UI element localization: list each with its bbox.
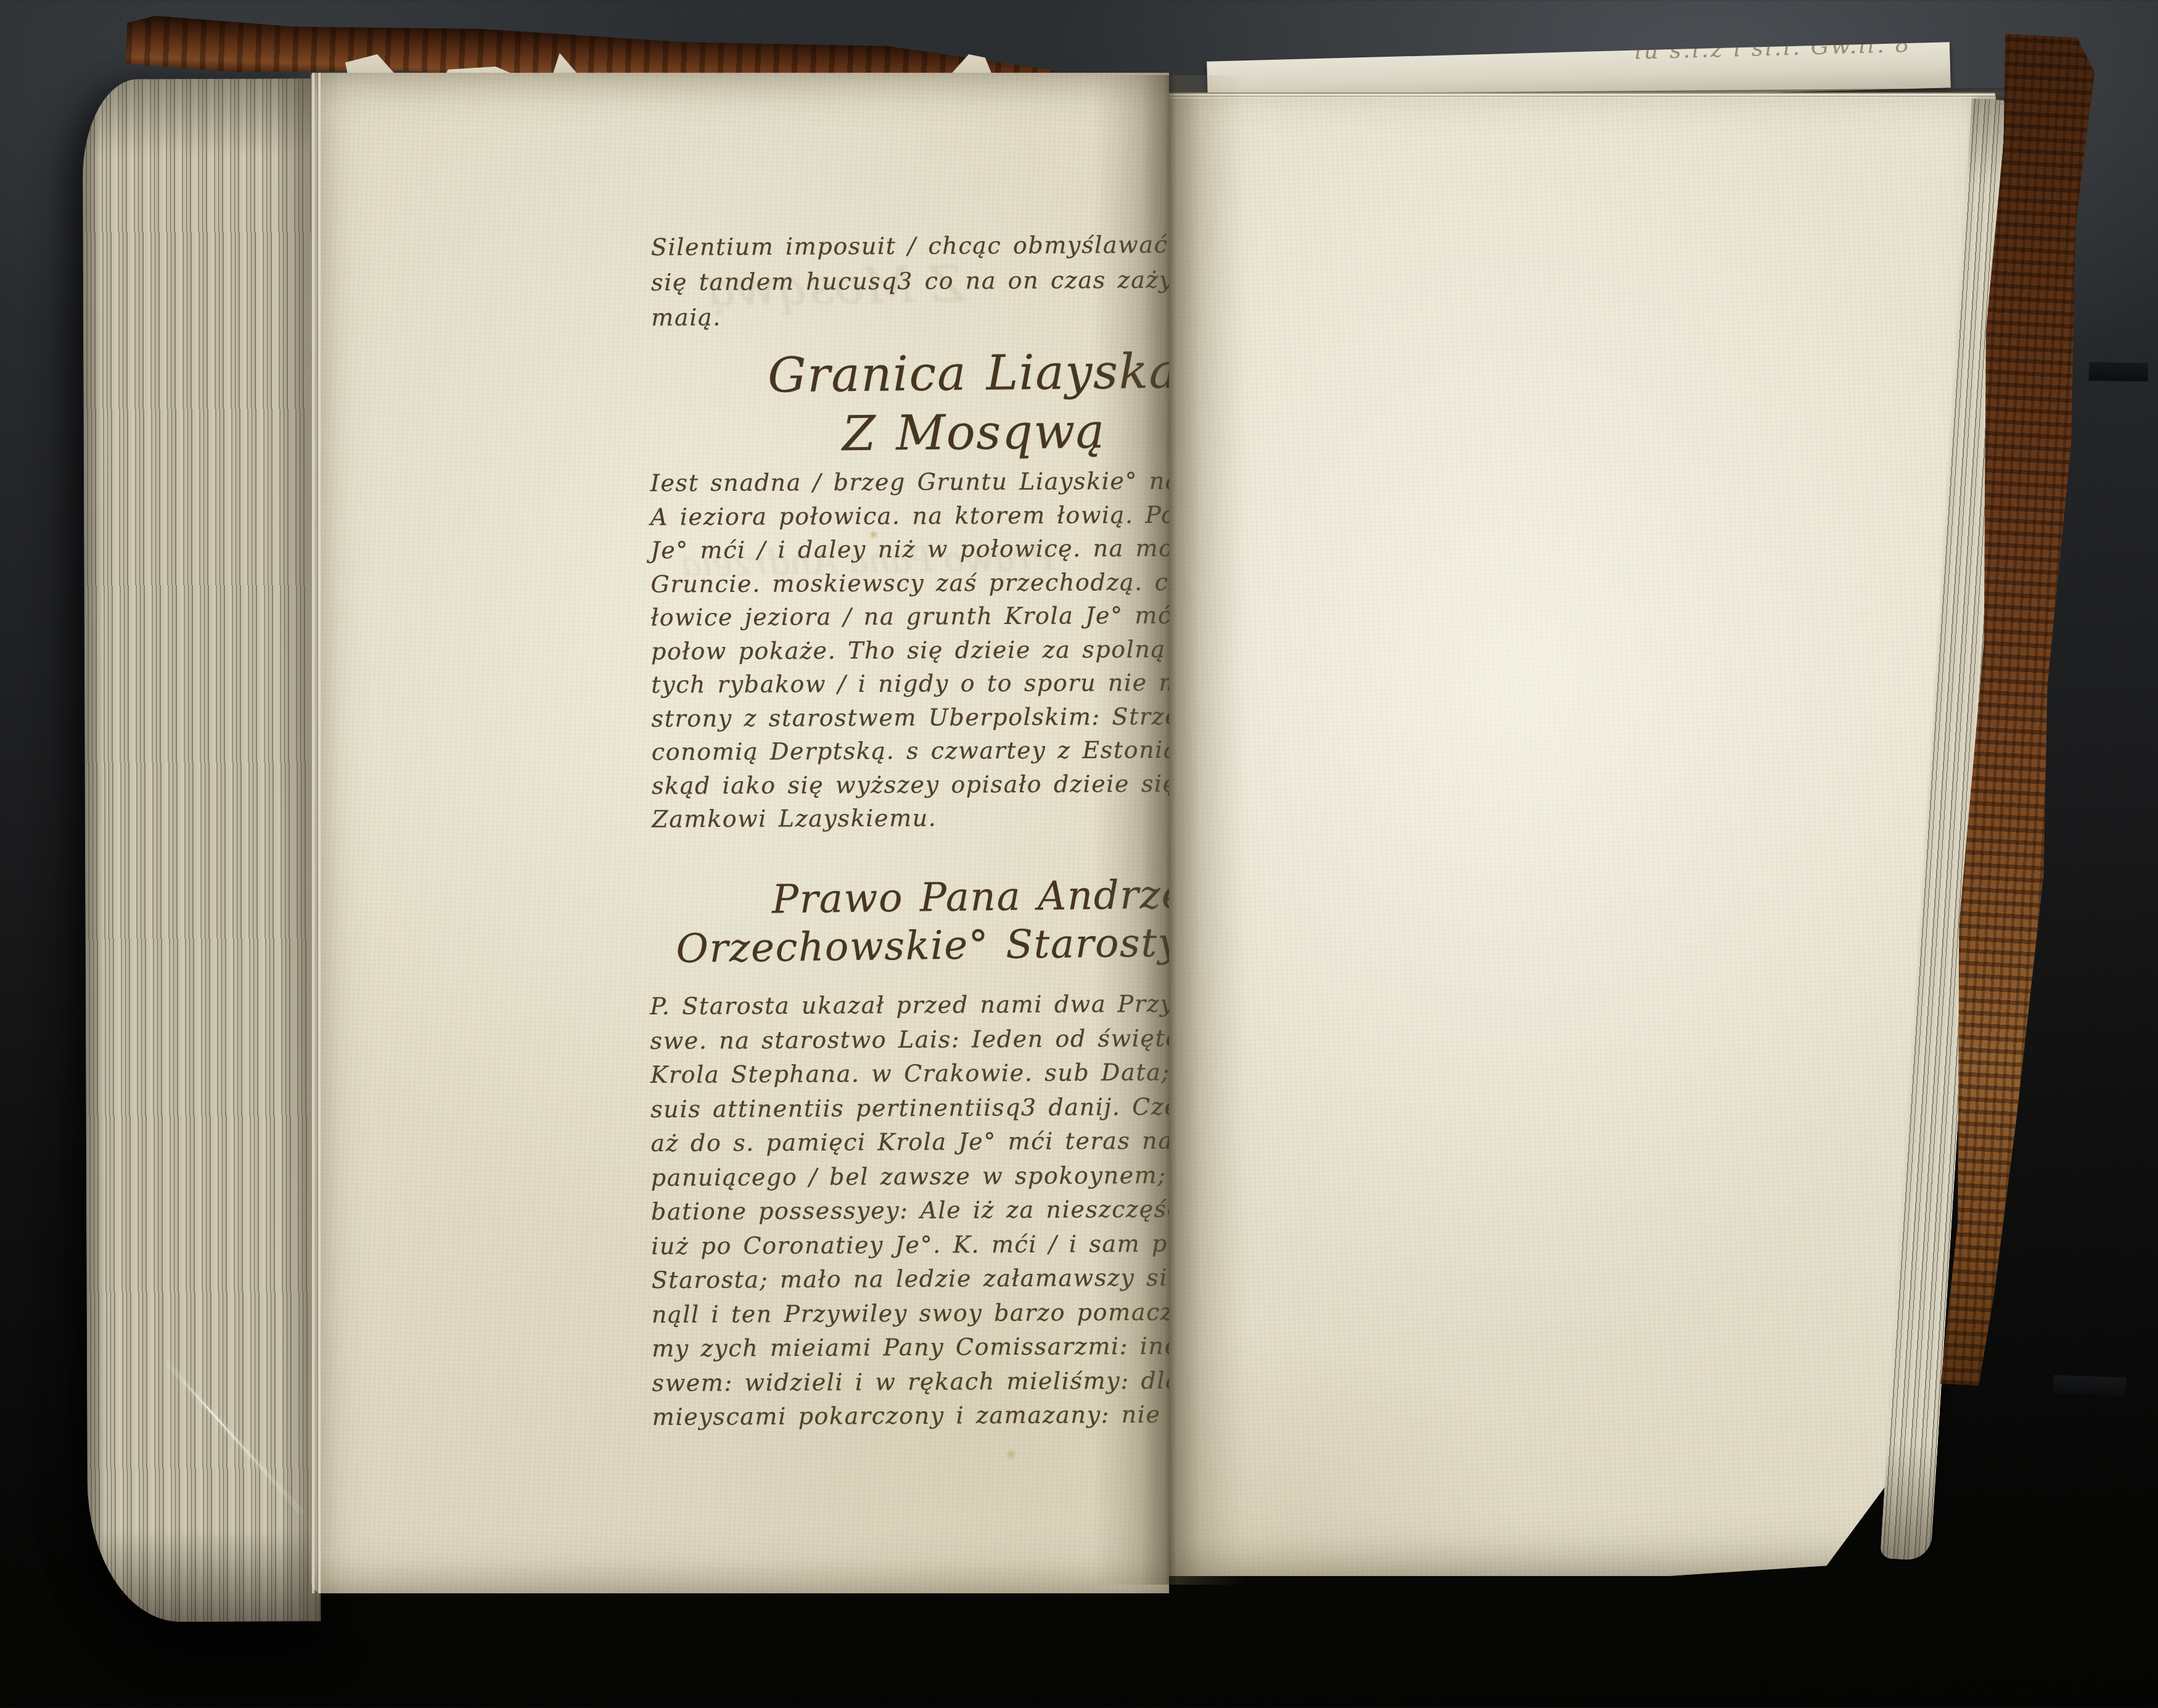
left-page: Z Mosqwą Prawo Pana Andrzeia Silentium i…	[311, 73, 1169, 1593]
manuscript-book: lu s.l.z i sl.l. Gw.il. 8 Z Mosqwą Prawo…	[0, 0, 2158, 1708]
gutter-shadow	[1093, 75, 1245, 1585]
left-fore-edge-page-stack	[83, 78, 321, 1622]
foxing-spot	[869, 530, 879, 539]
photo-backdrop: lu s.l.z i sl.l. Gw.il. 8 Z Mosqwą Prawo…	[0, 0, 2158, 1708]
edge-annotation: lu s.l.z i sl.l. Gw.il. 8	[1635, 42, 1912, 64]
foxing-spot	[1004, 1449, 1018, 1460]
right-page: 116 tenze P. Starosta v Je°. K. mći / na…	[1169, 92, 2001, 1576]
clasp-remnant	[2053, 1375, 2127, 1396]
clasp-remnant	[2089, 362, 2149, 382]
